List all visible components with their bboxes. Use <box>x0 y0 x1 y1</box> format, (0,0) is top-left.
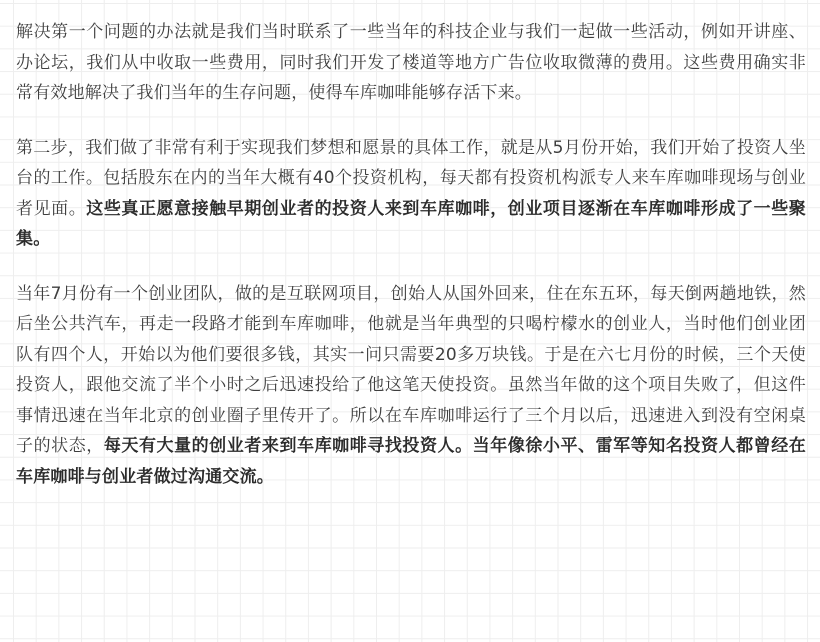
article-body: 解决第一个问题的办法就是我们当时联系了一些当年的科技企业与我们一起做一些活动，例… <box>0 0 806 492</box>
paragraph-2-bold-highlight: 这些真正愿意接触早期创业者的投资人来到车库咖啡，创业项目逐渐在车库咖啡形成了一些… <box>16 199 806 250</box>
paragraph-3: 当年7月份有一个创业团队，做的是互联网项目，创始人从国外回来，住在东五环，每天倒… <box>16 279 806 493</box>
paragraph-3-text: 当年7月份有一个创业团队，做的是互联网项目，创始人从国外回来，住在东五环，每天倒… <box>16 284 806 457</box>
paragraph-1: 解决第一个问题的办法就是我们当时联系了一些当年的科技企业与我们一起做一些活动，例… <box>16 17 806 109</box>
paragraph-2: 第二步，我们做了非常有利于实现我们梦想和愿景的具体工作，就是从5月份开始，我们开… <box>16 133 806 255</box>
paragraph-1-text: 解决第一个问题的办法就是我们当时联系了一些当年的科技企业与我们一起做一些活动，例… <box>16 22 806 103</box>
paragraph-3-bold-highlight: 每天有大量的创业者来到车库咖啡寻找投资人。当年像徐小平、雷军等知名投资人都曾经在… <box>16 436 806 487</box>
